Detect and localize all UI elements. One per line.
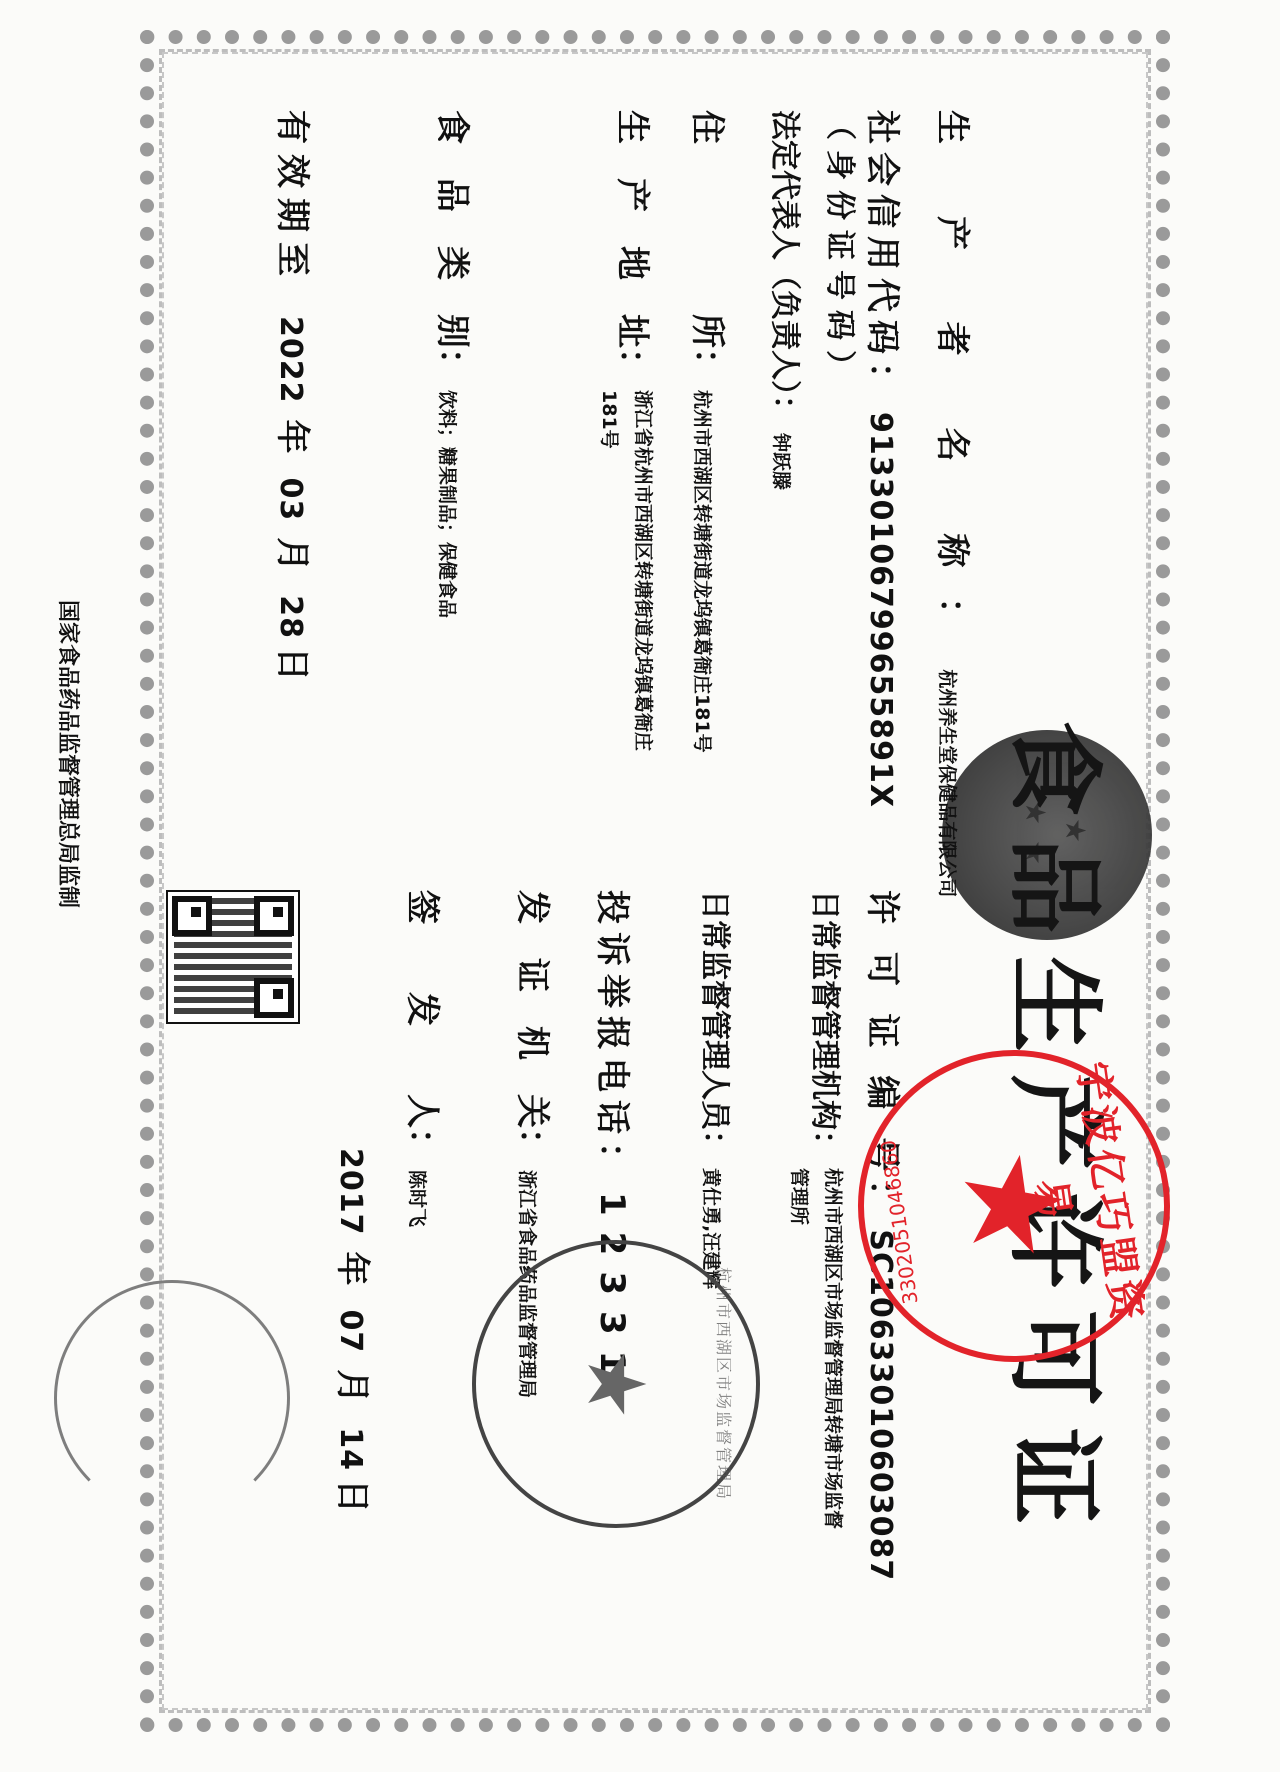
official-seal: 杭州市西湖区市场监督管理局 ★ bbox=[472, 1240, 760, 1528]
valid-until-month-unit: 月 bbox=[271, 537, 320, 571]
issue-date-month-unit: 月 bbox=[331, 1369, 380, 1403]
id-number-sublabel: （身份证号码） bbox=[821, 110, 865, 390]
qr-code-icon bbox=[166, 890, 300, 1024]
residence-row: 住 所： 杭州市西湖区转塘街道龙坞镇葛衙庄181号 bbox=[686, 110, 735, 753]
residence-label: 住 所： bbox=[686, 110, 735, 382]
official-seal-text: 杭州市西湖区市场监督管理局 bbox=[713, 1244, 736, 1524]
legal-rep-value: 钟跃滕 bbox=[769, 433, 796, 490]
food-category-value: 饮料；糖果制品；保健食品 bbox=[435, 390, 462, 618]
legal-rep-row: 法定代表人（负责人）： 钟跃滕 bbox=[766, 110, 810, 490]
credit-code-value: 91330106799655891X bbox=[863, 412, 898, 808]
supervision-agency-line2: 管理所 bbox=[782, 1168, 816, 1529]
valid-until-day-unit: 日 bbox=[271, 647, 320, 681]
valid-until-year: 2022 bbox=[273, 316, 308, 404]
residence-value: 杭州市西湖区转塘街道龙坞镇葛衙庄181号 bbox=[690, 390, 717, 753]
food-production-license: ★ ★ ★ 食品生产许可证 生 产 者 名 称： 杭州养生堂保健品有限公司 社会… bbox=[0, 0, 1280, 1772]
credit-code-row: 社会信用代码： 91330106799655891X bbox=[861, 110, 910, 808]
valid-until-row: 有效期至 2022 年 03 月 28 日 bbox=[271, 110, 320, 681]
supervisor-row: 日常监督管理人员： 黄仕勇,汪建辉 bbox=[696, 890, 740, 1289]
production-address-label: 生 产 地 址： bbox=[611, 110, 660, 382]
supervisor-label: 日常监督管理人员： bbox=[696, 890, 740, 1160]
producer-name-value: 杭州养生堂保健品有限公司 bbox=[935, 669, 962, 897]
issue-date-year-unit: 年 bbox=[331, 1252, 380, 1286]
food-category-label: 食 品 类 别： bbox=[431, 110, 480, 382]
signer-row: 签 发 人： 陈时飞 bbox=[401, 890, 450, 1227]
issue-date-day: 14 bbox=[333, 1427, 368, 1471]
food-category-row: 食 品 类 别： 饮料；糖果制品；保健食品 bbox=[431, 110, 480, 618]
hotline-label: 投诉举报电话： bbox=[591, 890, 640, 1184]
valid-until-label: 有效期至 bbox=[271, 110, 320, 286]
issuing-authority-seal bbox=[54, 1280, 290, 1516]
supervision-agency-row: 日常监督管理机构： 杭州市西湖区市场监督管理局转塘市场监督 管理所 bbox=[782, 890, 850, 1529]
valid-until-day: 28 bbox=[273, 595, 308, 639]
supervision-agency-label: 日常监督管理机构： bbox=[806, 890, 850, 1160]
issue-date-day-unit: 日 bbox=[331, 1479, 380, 1513]
producer-name-label: 生 产 者 名 称： bbox=[931, 110, 980, 661]
issue-date-month: 07 bbox=[333, 1310, 368, 1354]
producer-name-row: 生 产 者 名 称： 杭州养生堂保健品有限公司 bbox=[931, 110, 980, 897]
star-icon: ★ bbox=[942, 1139, 1087, 1273]
production-address-row: 生 产 地 址： 浙江省杭州市西湖区转塘街道龙坞镇葛衙庄 181号 bbox=[592, 110, 660, 751]
credit-code-label: 社会信用代码： bbox=[861, 110, 910, 404]
signer-label: 签 发 人： bbox=[401, 890, 450, 1162]
valid-until-month: 03 bbox=[273, 478, 308, 522]
supervision-agency-line1: 杭州市西湖区市场监督管理局转塘市场监督 bbox=[816, 1168, 850, 1529]
issue-date-row: 2017 年 07 月 14 日 bbox=[331, 1140, 380, 1513]
issue-date-year: 2017 bbox=[333, 1148, 368, 1236]
valid-until-year-unit: 年 bbox=[271, 420, 320, 454]
id-number-sublabel-row: （身份证号码） bbox=[821, 110, 865, 390]
star-icon: ★ bbox=[570, 1348, 663, 1420]
issuer-footer: 国家食品药品监督管理总局监制 bbox=[54, 600, 85, 908]
issuing-authority-label: 发 证 机 关： bbox=[511, 890, 560, 1162]
production-address-line1: 浙江省杭州市西湖区转塘街道龙坞镇葛衙庄 bbox=[626, 390, 660, 751]
signer-value: 陈时飞 bbox=[405, 1170, 432, 1227]
legal-rep-label: 法定代表人（负责人）： bbox=[766, 110, 810, 425]
production-address-line2: 181号 bbox=[592, 390, 626, 751]
